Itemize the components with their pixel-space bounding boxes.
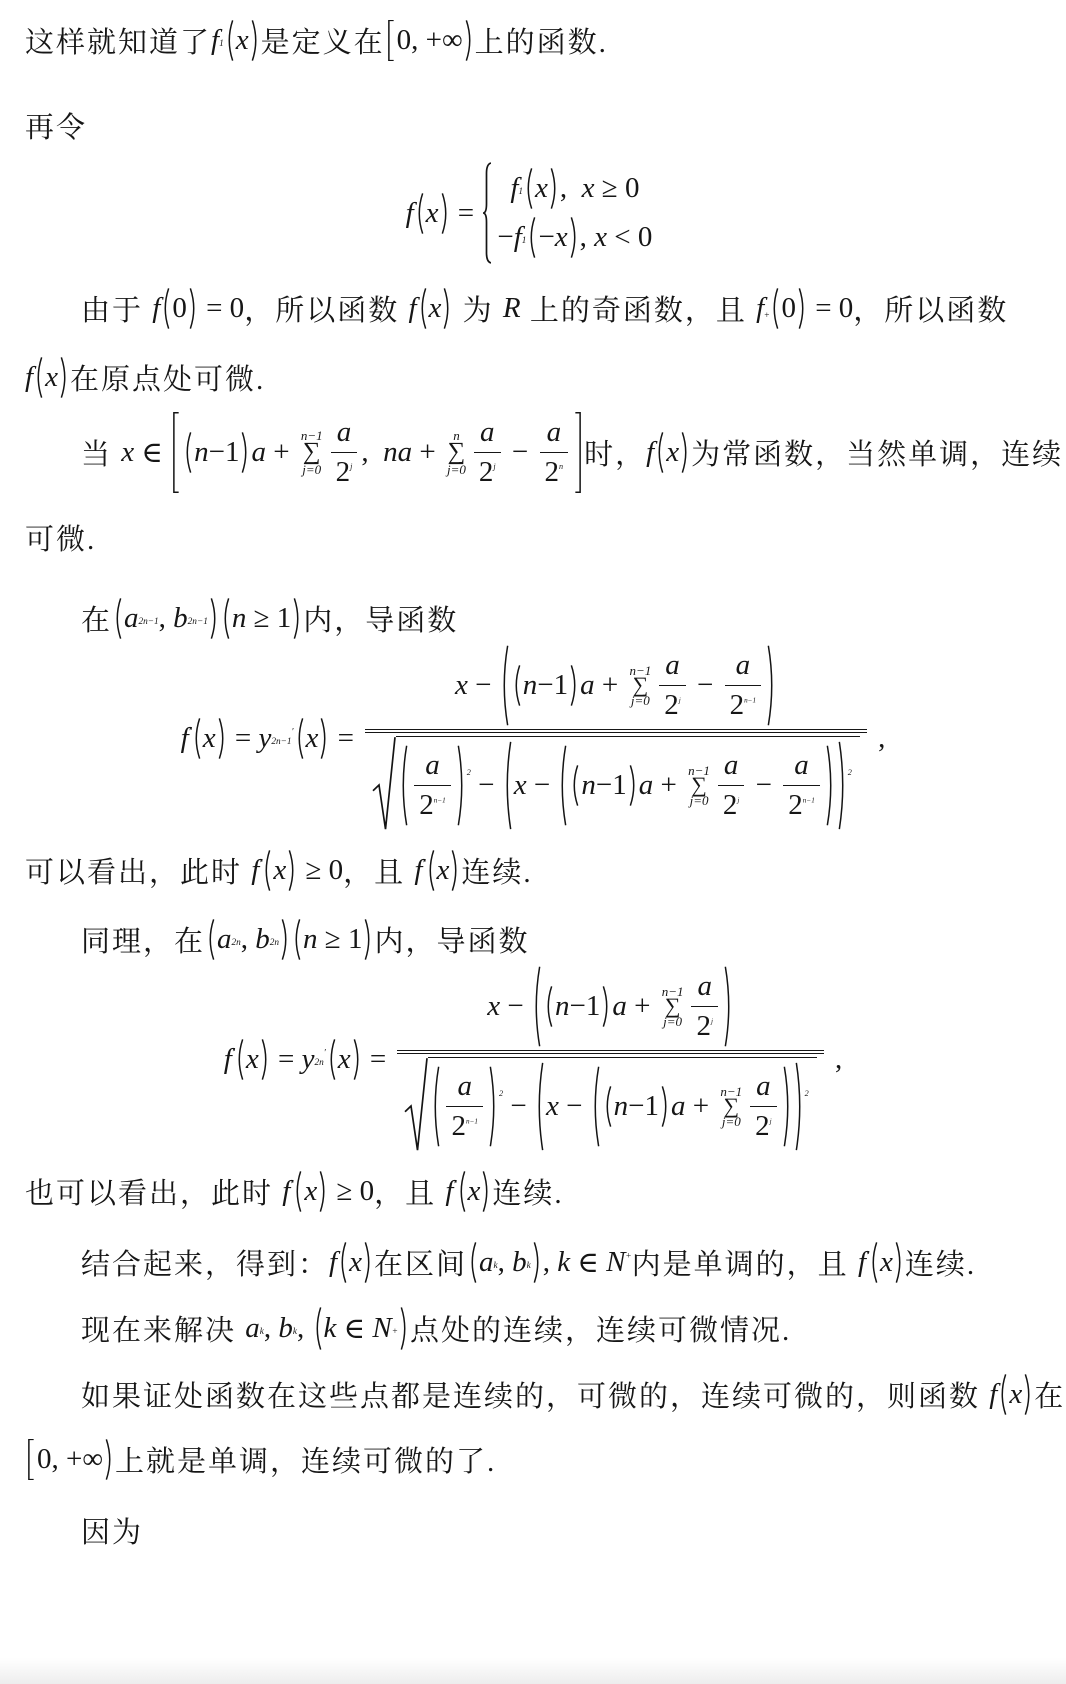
fenced-group: n ≥ 1 xyxy=(292,919,373,960)
cjk-text: 内，导函数 xyxy=(303,598,458,639)
math-group: a xyxy=(547,416,562,449)
math-text: 2 xyxy=(664,689,679,722)
sqrt-radical-icon xyxy=(404,1057,428,1153)
paren-left-icon xyxy=(293,1171,302,1212)
superscript: 2 xyxy=(467,769,471,777)
paren-left-icon xyxy=(426,850,435,891)
math-variable: a xyxy=(124,602,139,635)
cjk-text: 现在来解决 xyxy=(81,1308,245,1349)
fraction: x − n−1a + n−1∑j=0a2j − a2n−1a2n−12 − x … xyxy=(365,645,867,832)
summation: n∑j=0 xyxy=(447,429,466,475)
fence-content: x − n−1a + n−1∑j=0a2j − a2n−1 xyxy=(514,741,836,830)
subscript: 1 xyxy=(219,40,224,49)
fence-content: n−1a + n−1∑j=0a2j xyxy=(543,966,722,1047)
superscript: n−1 xyxy=(744,698,756,705)
math-variable: n xyxy=(303,923,318,956)
math-text: , xyxy=(361,436,383,469)
fenced-group: 0 xyxy=(770,288,807,329)
paren-left-icon xyxy=(500,645,509,726)
fenced-group: x xyxy=(524,168,559,209)
math-text: −1 xyxy=(628,1090,659,1123)
math-variable: a xyxy=(251,436,266,469)
paren-right-icon xyxy=(210,598,219,639)
math-group: x xyxy=(236,24,249,57)
para-interval-odd: 在a2n−1, b2n−1n ≥ 1内，导函数 xyxy=(25,598,1041,639)
cjk-text: 因为 xyxy=(81,1510,143,1551)
cjk-text: ，所以函数 xyxy=(853,288,1008,329)
math-text: 2 xyxy=(730,689,745,722)
paren-right-icon xyxy=(364,919,373,960)
math-variable: b xyxy=(255,923,270,956)
math-group: x xyxy=(203,722,216,755)
math-group: x xyxy=(535,172,548,205)
math-text: = xyxy=(363,1043,394,1076)
superscript: ′ xyxy=(866,1252,868,1261)
summation: n−1∑j=0 xyxy=(720,1085,742,1129)
para-because: 因为 xyxy=(25,1510,1041,1551)
para-zailing: 再令 xyxy=(25,105,1041,146)
math-variable: x xyxy=(349,1246,362,1279)
math-text: 2 xyxy=(419,789,434,822)
math-text: + xyxy=(686,1090,717,1123)
fraction-denominator: a2n−12 − x − n−1a + n−1∑j=0a2j2 xyxy=(397,1050,823,1153)
fenced-group: x xyxy=(426,850,461,891)
math-group: fx = f1x, x ≥ 0−f1−x, x < 0 xyxy=(406,162,661,264)
subscript: 1 xyxy=(518,188,523,197)
fence-content: n−1a + n−1∑j=0a2j − a2n−1 xyxy=(511,645,765,726)
paren-left-icon xyxy=(512,665,521,706)
math-variable: n xyxy=(555,990,570,1023)
math-group: a2n, b2n xyxy=(217,923,279,956)
bracket-left-icon xyxy=(171,412,180,493)
math-group: n−1 xyxy=(194,436,239,469)
fenced-group: k ∈ N+ xyxy=(313,1307,409,1350)
math-group: −x xyxy=(538,221,567,254)
cjk-text: ，所以函数 xyxy=(244,288,408,329)
fraction: a2n−1 xyxy=(783,749,820,822)
fence-content: x xyxy=(429,288,442,329)
math-variable: R xyxy=(503,292,521,325)
fraction-denominator: 2j xyxy=(691,1006,718,1043)
math-group: 可微. xyxy=(25,517,96,558)
cjk-text: 上的函数. xyxy=(475,20,608,61)
fraction: a2j xyxy=(659,649,686,722)
cjk-text: 结合起来，得到： xyxy=(81,1242,329,1283)
cjk-text: 当 xyxy=(81,432,121,473)
fraction-denominator: 2n−1 xyxy=(783,785,820,822)
cjk-text: 这样就知道了 xyxy=(25,20,211,61)
math-group: 2n−1 xyxy=(788,789,815,822)
fraction: a2j xyxy=(331,416,358,489)
math-variable: f xyxy=(445,1175,453,1208)
fenced-group: x xyxy=(457,1171,492,1212)
math-variable: b xyxy=(173,602,188,635)
math-variable: a xyxy=(457,1070,472,1103)
math-group: a xyxy=(756,1070,771,1103)
paren-right-icon xyxy=(261,1039,270,1080)
math-variable: x xyxy=(880,1246,893,1279)
fraction-numerator: a xyxy=(751,1070,776,1106)
math-group: x xyxy=(304,1175,317,1208)
math-text: ∈ xyxy=(570,1245,606,1280)
math-variable: a xyxy=(245,1312,260,1345)
math-group: 2j xyxy=(755,1110,772,1143)
math-text: + xyxy=(412,436,443,469)
paren-left-icon xyxy=(338,1242,347,1283)
math-variable: f xyxy=(181,722,189,755)
math-variable: x xyxy=(555,221,568,254)
para-observe-2: 也可以看出，此时 f′x ≥ 0，且 f′x连续. xyxy=(25,1171,1041,1212)
fence-content: x − n−1a + n−1∑j=0a2j xyxy=(546,1062,793,1151)
math-group: 2j xyxy=(479,456,496,489)
math-group: 0 xyxy=(172,292,187,325)
cjk-text: 连续. xyxy=(905,1242,976,1283)
subscript: k xyxy=(260,1328,264,1337)
math-text: − xyxy=(471,769,502,802)
math-variable: a xyxy=(671,1090,686,1123)
subscript: 1 xyxy=(522,237,527,246)
cjk-text: 上的奇函数，且 xyxy=(521,288,757,329)
math-variable: f xyxy=(406,197,414,230)
math-group: 2n−1 xyxy=(451,1110,478,1143)
math-text: ≥ 1 xyxy=(318,923,363,956)
math-group: 0, +∞ xyxy=(397,24,463,57)
paren-left-icon xyxy=(457,1171,466,1212)
prime-superscript: ′ xyxy=(766,298,768,307)
paren-left-icon xyxy=(192,718,201,759)
math-group: n−1a + n−1∑j=0a2j, na + n∑j=0a2j − a2n xyxy=(182,416,572,489)
math-text: ∈ xyxy=(134,435,170,470)
math-text: 2 xyxy=(755,1110,770,1143)
paren-left-icon xyxy=(468,1242,477,1283)
math-group: x xyxy=(880,1246,893,1279)
math-group: 同理，在a2n, b2nn ≥ 1内，导函数 xyxy=(81,919,529,960)
paren-left-icon xyxy=(535,1062,544,1151)
math-text: −1 xyxy=(569,990,600,1023)
paren-right-icon xyxy=(570,217,579,258)
fenced-group: x − n−1a + n−1∑j=0a2j xyxy=(535,1062,804,1151)
math-variable: a xyxy=(697,970,712,1003)
subscript: 2n−1 xyxy=(188,618,208,627)
fence-content: 0, +∞ xyxy=(397,20,463,61)
fraction-numerator: a xyxy=(789,749,814,785)
superscript: j xyxy=(737,798,739,805)
math-text: + xyxy=(595,669,626,702)
paren-left-icon xyxy=(418,288,427,329)
paren-right-icon xyxy=(105,1439,114,1480)
math-group: ak, bk xyxy=(479,1246,531,1279)
cjk-text: 在原点处可微. xyxy=(70,357,265,398)
fence-content: x xyxy=(338,1039,351,1080)
math-group: 2j xyxy=(336,456,353,489)
fenced-group: x xyxy=(235,1039,270,1080)
bracket-left-icon xyxy=(386,20,395,61)
para-if-proved: 如果证处函数在这些点都是连续的，可微的，连续可微的，则函数 fx在 xyxy=(25,1374,1041,1415)
math-text: ≥ 0 xyxy=(329,1175,374,1208)
fence-content: x xyxy=(203,718,216,759)
fenced-group: n−1a + n−1∑j=0a2j xyxy=(591,1066,792,1147)
fence-content: x xyxy=(304,1171,317,1212)
fence-content: x xyxy=(246,1039,259,1080)
fraction: a2n−1 xyxy=(725,649,762,722)
math-group: 当 x ∈ n−1a + n−1∑j=0a2j, na + n∑j=0a2j −… xyxy=(81,412,1063,493)
math-group: x − n−1a + n−1∑j=0a2j xyxy=(546,1066,793,1147)
math-group: x xyxy=(246,1043,259,1076)
math-variable: x xyxy=(666,436,679,469)
math-group: 结合起来，得到：fx在区间ak, bk, k ∈ N+内是单调的，且 f′x连续… xyxy=(81,1242,976,1283)
cjk-text: 连续. xyxy=(461,850,532,891)
math-variable: na xyxy=(383,436,412,469)
paren-right-icon xyxy=(681,432,690,473)
superscript: n xyxy=(559,464,563,472)
paren-left-icon xyxy=(655,432,664,473)
fence-content: n−1a + n−1∑j=0a2j xyxy=(602,1066,781,1147)
math-text: − xyxy=(497,221,513,254)
fence-content: ak, bk xyxy=(479,1242,531,1283)
sum-lower-limit: j=0 xyxy=(690,794,709,807)
paren-right-icon xyxy=(795,1062,804,1151)
math-group: a xyxy=(425,749,440,782)
fraction-numerator: a xyxy=(692,970,717,1006)
math-group: x xyxy=(437,854,450,887)
fence-content: n−1a + n−1∑j=0a2j − a2n−1 xyxy=(569,745,823,826)
math-group: x xyxy=(1009,1378,1022,1411)
fraction-numerator: a xyxy=(452,1070,477,1106)
fence-content: a2n−1, b2n−1 xyxy=(124,598,208,639)
paren-left-icon xyxy=(292,919,301,960)
cjk-text: 在 xyxy=(1034,1374,1065,1415)
fenced-group: x xyxy=(225,20,260,61)
fenced-group: n−1 xyxy=(570,765,637,806)
math-group: n−1 xyxy=(555,990,600,1023)
fraction-numerator: a xyxy=(332,416,357,452)
subscript: 2n xyxy=(270,939,279,948)
cjk-text: 再令 xyxy=(25,105,87,146)
fraction-denominator: 2j xyxy=(718,785,745,822)
cjk-text: ，且 xyxy=(374,1171,445,1212)
math-text: , xyxy=(241,923,256,956)
math-variable: x xyxy=(546,1090,559,1123)
cjk-text: 点处的连续，连续可微情况. xyxy=(410,1308,791,1349)
para-conclusion: 0, +∞上就是单调，连续可微的了. xyxy=(25,1439,1041,1480)
fence-content: n−1 xyxy=(555,986,600,1027)
fence-content: x xyxy=(426,193,439,234)
math-group: x xyxy=(306,722,319,755)
fenced-group: 0 xyxy=(161,288,198,329)
sigma-icon: ∑ xyxy=(448,442,466,462)
math-group: x xyxy=(426,197,439,230)
paren-right-icon xyxy=(281,919,290,960)
math-group: 2j xyxy=(696,1010,713,1043)
math-group: −f1−x, x < 0 xyxy=(497,217,652,258)
math-group: x xyxy=(45,361,58,394)
para-observe-1: 可以看出，此时 f′x ≥ 0，且 f′x连续. xyxy=(25,850,1041,891)
fenced-group: n−1 xyxy=(603,1086,670,1127)
superscript: ′ xyxy=(290,1181,292,1190)
fenced-group: x xyxy=(338,1242,373,1283)
summation: n−1∑j=0 xyxy=(629,664,651,708)
fraction-denominator: 2n−1 xyxy=(725,685,762,722)
math-group: 由于 f0 = 0，所以函数 fx 为 R 上的奇函数，且 f′+0 = 0，所… xyxy=(81,288,1008,329)
paren-left-icon xyxy=(527,217,536,258)
paren-right-icon xyxy=(457,745,466,826)
fenced-group: x − n−1a + n−1∑j=0a2j − a2n−1 xyxy=(503,741,847,830)
sqrt-content: a2n−12 − x − n−1a + n−1∑j=0a2j2 xyxy=(428,1057,816,1153)
math-variable: b xyxy=(512,1246,527,1279)
math-text: − xyxy=(527,769,558,802)
math-group: a xyxy=(736,649,751,682)
math-variable: n xyxy=(581,769,596,802)
fenced-group: x xyxy=(34,357,69,398)
subscript: k xyxy=(527,1262,531,1271)
math-variable: a xyxy=(724,749,739,782)
paren-left-icon xyxy=(327,1039,336,1080)
cjk-text: 连续. xyxy=(492,1171,563,1212)
fraction-numerator: a xyxy=(731,649,756,685)
math-group: 再令 xyxy=(25,105,87,146)
sigma-icon: ∑ xyxy=(303,442,321,462)
paren-right-icon xyxy=(364,1242,373,1283)
bracket-left-icon xyxy=(26,1439,35,1480)
math-group: n−1a + n−1∑j=0a2j xyxy=(602,1070,781,1143)
math-text: = 0 xyxy=(199,292,244,325)
fenced-group: n−1a + n−1∑j=0a2j − a2n−1 xyxy=(558,745,834,826)
fence-content: a2n−1 xyxy=(410,745,455,826)
cjk-text: 同理，在 xyxy=(81,919,205,960)
math-variable: x xyxy=(437,854,450,887)
math-group: a xyxy=(457,1070,472,1103)
math-variable: a xyxy=(736,649,751,682)
paren-left-icon xyxy=(34,357,43,398)
math-variable: x xyxy=(1009,1378,1022,1411)
math-text: 0 xyxy=(781,292,796,325)
paren-left-icon xyxy=(570,765,579,806)
subscript: 2n xyxy=(232,939,241,948)
math-group: 2n xyxy=(545,456,564,489)
math-variable: f xyxy=(282,1175,290,1208)
math-variable: x xyxy=(121,436,134,469)
math-text: ≥ 0 xyxy=(595,172,640,205)
paren-right-icon xyxy=(353,1039,362,1080)
para-kewei: 可微. xyxy=(25,517,1041,558)
fence-content: x xyxy=(535,168,548,209)
math-group: fx在原点处可微. xyxy=(25,357,265,398)
math-text: − xyxy=(690,669,721,702)
fraction-numerator: a xyxy=(420,749,445,785)
fenced-group: ak, bk xyxy=(468,1242,542,1283)
math-variable: f xyxy=(408,292,416,325)
math-text: = xyxy=(330,722,361,755)
math-group: f′x = y2n−1′x = x − n−1a + n−1∑j=0a2j − … xyxy=(181,645,886,832)
fenced-group: n−1 xyxy=(512,665,579,706)
fraction-denominator: 2j xyxy=(331,452,358,489)
fence-content: x xyxy=(306,718,319,759)
paren-left-icon xyxy=(313,1307,322,1350)
math-group: n−1 xyxy=(581,769,626,802)
paren-right-icon xyxy=(783,1066,792,1147)
superscript: n−1 xyxy=(434,798,446,805)
math-variable: a xyxy=(639,769,654,802)
math-group: 0, +∞ xyxy=(37,1443,103,1476)
math-text: , xyxy=(560,172,582,205)
para-opening: 这样就知道了f1x是定义在0, +∞上的函数. xyxy=(25,20,1041,61)
math-text: 2 xyxy=(479,456,494,489)
paren-left-icon xyxy=(206,919,215,960)
math-variable: f xyxy=(989,1378,997,1411)
fence-content: n ≥ 1 xyxy=(232,598,291,639)
subscript: 2n xyxy=(314,1059,323,1068)
fence-content: x xyxy=(236,20,249,61)
math-group: n−1a + n−1∑j=0a2j − a2n−1 xyxy=(511,649,765,722)
paren-right-icon xyxy=(1024,1374,1033,1415)
fraction: a2n xyxy=(540,416,569,489)
fence-content: 0 xyxy=(172,288,187,329)
math-text: , xyxy=(828,1043,843,1076)
math-group: f1x, x ≥ 0 xyxy=(510,168,639,209)
formula-derivative-odd: f′x = y2n−1′x = x − n−1a + n−1∑j=0a2j − … xyxy=(25,645,1041,832)
paren-left-icon xyxy=(532,966,541,1047)
sqrt-content: a2n−12 − x − n−1a + n−1∑j=0a2j − a2n−12 xyxy=(396,736,860,832)
math-group: x xyxy=(338,1043,351,1076)
cjk-text: ，且 xyxy=(343,850,414,891)
math-variable: x xyxy=(535,172,548,205)
math-variable: a xyxy=(547,416,562,449)
paren-right-icon xyxy=(465,20,474,61)
cjk-text: 可以看出，此时 xyxy=(25,850,251,891)
math-variable: a xyxy=(425,749,440,782)
fenced-group: x xyxy=(418,288,453,329)
fence-content: k ∈ N+ xyxy=(324,1307,398,1350)
paren-left-icon xyxy=(869,1242,878,1283)
fraction: a2j xyxy=(750,1070,777,1143)
sigma-icon: ∑ xyxy=(724,1098,740,1116)
math-group: a2n−1 xyxy=(442,1070,487,1143)
math-text: − xyxy=(538,221,554,254)
plus-subscript: + xyxy=(764,311,769,320)
math-text: 2 xyxy=(723,789,738,822)
formula-derivative-even: f′x = y2n′x = x − n−1a + n−1∑j=0a2ja2n−1… xyxy=(25,966,1041,1153)
fence-content: n−1 xyxy=(581,765,626,806)
paren-right-icon xyxy=(319,1171,328,1212)
math-text: − xyxy=(500,990,531,1023)
math-variable: k xyxy=(557,1246,570,1279)
math-group: a xyxy=(794,749,809,782)
math-variable: x xyxy=(304,1175,317,1208)
paren-right-icon xyxy=(895,1242,904,1283)
fenced-group: n−1a + n−1∑j=0a2j − a2n−1 xyxy=(500,645,776,726)
paren-right-icon xyxy=(629,765,638,806)
sum-lower-limit: j=0 xyxy=(722,1115,741,1128)
para-interval-constant: 当 x ∈ n−1a + n−1∑j=0a2j, na + n∑j=0a2j −… xyxy=(25,412,1041,493)
math-variable: b xyxy=(278,1312,293,1345)
cjk-text: 上就是单调，连续可微的了. xyxy=(115,1439,496,1480)
fence-content: n−1 xyxy=(523,665,568,706)
math-variable: f xyxy=(756,292,764,325)
fraction-numerator: a xyxy=(719,749,744,785)
math-text: − xyxy=(503,1090,534,1123)
math-variable: N xyxy=(372,1312,391,1345)
paren-right-icon xyxy=(489,1066,498,1147)
math-group: f1x, x ≥ 0−f1−x, x < 0 xyxy=(493,166,656,260)
math-variable: f xyxy=(211,24,219,57)
math-variable: f xyxy=(25,361,33,394)
paren-right-icon xyxy=(189,288,198,329)
fraction-denominator: 2n−1 xyxy=(414,785,451,822)
math-text: 0, +∞ xyxy=(37,1443,103,1476)
paren-left-icon xyxy=(399,745,408,826)
cjk-text: 在区间 xyxy=(374,1242,467,1283)
paren-right-icon xyxy=(60,357,69,398)
